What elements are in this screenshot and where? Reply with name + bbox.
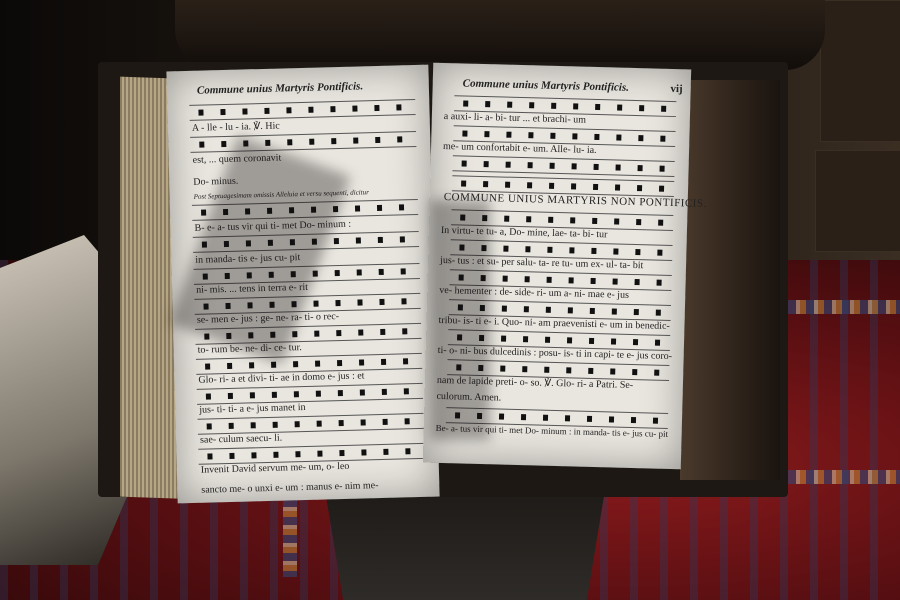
lyric-line: sae- culum saecu- li. — [200, 433, 282, 446]
right-page-block — [680, 80, 780, 480]
running-head: Commune unius Martyris Pontificis. — [463, 77, 630, 93]
lyric-line: a auxi- li- a- bi- tur ... et brachi- um — [444, 111, 586, 126]
wall-panel — [820, 0, 900, 142]
wall-panel — [815, 150, 900, 252]
running-head: Commune unius Martyris Pontificis. — [197, 80, 364, 96]
music-staff — [197, 413, 423, 435]
lyric-line: sancto me- o unxi e- um : manus e- nim m… — [201, 480, 378, 496]
lyric-line: jus- ti- ti- a e- jus manet in — [199, 402, 306, 416]
music-staff — [197, 383, 423, 405]
lyric-line: A - lle - lu - ia. ℣. Hic — [192, 121, 280, 134]
light-shadow — [430, 200, 490, 440]
folio-number: vij — [670, 83, 683, 95]
chair-back — [175, 0, 825, 70]
photo-scene: Commune unius Martyris Pontificis. A - l… — [0, 0, 900, 600]
music-staff — [190, 131, 416, 153]
music-staff — [452, 155, 674, 177]
music-staff — [189, 99, 415, 121]
